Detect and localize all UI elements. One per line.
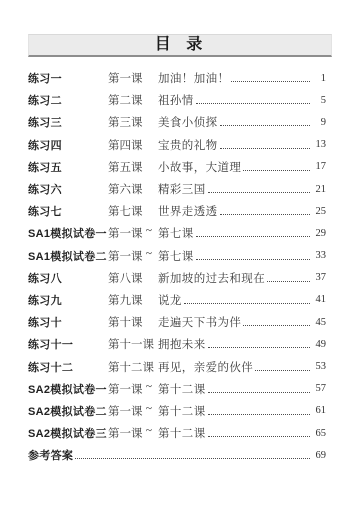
toc-row-label: 练习十一 <box>28 336 108 352</box>
toc-row-lesson-col: 第三课 <box>108 114 158 130</box>
toc-row-lesson-col: 第五课 <box>108 159 158 175</box>
toc-row: 练习三 第三课 美食小侦探 9 <box>28 111 326 133</box>
toc-row-page: 25 <box>313 206 326 217</box>
dot-leader <box>184 296 310 304</box>
toc-row-label: 练习二 <box>28 92 108 108</box>
toc-row-title: 再见，亲爱的伙伴 <box>158 359 253 375</box>
toc-row-label: 练习五 <box>28 159 108 175</box>
toc-row-page: 1 <box>313 73 326 84</box>
toc-row-label: 练习十二 <box>28 359 108 375</box>
dot-leader <box>231 74 310 82</box>
dot-leader <box>220 118 311 126</box>
toc-row-lesson: 第一课 <box>108 248 143 264</box>
toc-row-title: 精彩三国 <box>158 181 206 197</box>
range-tilde: ~ <box>146 425 152 441</box>
toc-row-lesson-col: 第十二课 <box>108 359 158 375</box>
toc-row: 练习一 第一课 加油！加油！ 1 <box>28 67 326 89</box>
toc-row-title: 第十二课 <box>158 425 206 441</box>
toc-row-title: 第十二课 <box>158 403 206 419</box>
toc-row-label: 参考答案 <box>28 447 73 463</box>
toc-row-lesson-col: 第十课 <box>108 314 158 330</box>
toc-row-page: 5 <box>313 95 326 106</box>
toc-row-page: 45 <box>313 317 326 328</box>
toc-row-lesson-col: 第一课~ <box>108 403 158 419</box>
toc-row-label: SA2模拟试卷二 <box>28 403 108 419</box>
toc-row-page: 53 <box>313 361 326 372</box>
dot-leader <box>267 274 310 282</box>
toc-row-label: SA1模拟试卷二 <box>28 248 108 264</box>
toc-row-page: 37 <box>313 272 326 283</box>
toc-row-label: 练习八 <box>28 270 108 286</box>
toc-row-lesson: 第八课 <box>108 270 143 286</box>
toc-row-label: 练习四 <box>28 137 108 153</box>
toc-row: 练习九 第九课 说龙 41 <box>28 289 326 311</box>
toc-row-title: 说龙 <box>158 292 182 308</box>
toc-row: SA2模拟试卷三 第一课~ 第十二课 65 <box>28 422 326 444</box>
toc-row-page: 65 <box>313 428 326 439</box>
toc-row-page: 49 <box>313 339 326 350</box>
toc-row-label: 练习十 <box>28 314 108 330</box>
range-tilde: ~ <box>146 225 152 241</box>
toc-row-lesson-col: 第一课 <box>108 70 158 86</box>
toc-row-page: 69 <box>313 450 326 461</box>
toc-row-lesson: 第二课 <box>108 92 143 108</box>
toc-row-label: 练习七 <box>28 203 108 219</box>
dot-leader <box>75 451 310 459</box>
toc-row-title: 第十二课 <box>158 381 206 397</box>
dot-leader <box>208 385 310 393</box>
toc-row: 练习五 第五课 小故事，大道理 17 <box>28 156 326 178</box>
toc-row: SA2模拟试卷一 第一课~ 第十二课 57 <box>28 378 326 400</box>
toc-row: 练习七 第七课 世界走透透 25 <box>28 200 326 222</box>
toc-row-lesson: 第一课 <box>108 425 143 441</box>
dot-leader <box>208 185 310 193</box>
toc-row: 练习六 第六课 精彩三国 21 <box>28 178 326 200</box>
toc-row-page: 13 <box>313 139 326 150</box>
toc-row-title: 第七课 <box>158 248 194 264</box>
toc-row: 参考答案 69 <box>28 444 326 466</box>
dot-leader <box>208 407 310 415</box>
toc-row-lesson: 第十二课 <box>108 359 154 375</box>
toc-row-label: 练习三 <box>28 114 108 130</box>
toc-row-title: 拥抱未来 <box>158 336 206 352</box>
toc-row-lesson: 第一课 <box>108 225 143 241</box>
toc-row-page: 17 <box>313 161 326 172</box>
toc-row-lesson-col: 第一课~ <box>108 225 158 241</box>
toc-row-label: SA2模拟试卷三 <box>28 425 108 441</box>
dot-leader <box>208 429 310 437</box>
toc-row-lesson: 第十课 <box>108 314 143 330</box>
dot-leader <box>196 252 310 260</box>
toc-row-lesson-col: 第六课 <box>108 181 158 197</box>
range-tilde: ~ <box>146 248 152 264</box>
toc-title-bar: 目 录 <box>28 34 332 57</box>
toc-row-title: 第七课 <box>158 225 194 241</box>
toc-list: 练习一 第一课 加油！加油！ 1 练习二 第二课 祖孙情 5 练习三 第三课 美… <box>28 67 326 466</box>
dot-leader <box>208 340 310 348</box>
toc-row-label: SA1模拟试卷一 <box>28 225 108 241</box>
dot-leader <box>220 141 311 149</box>
dot-leader <box>220 207 311 215</box>
range-tilde: ~ <box>146 403 152 419</box>
toc-row: 练习十一 第十一课 拥抱未来 49 <box>28 333 326 355</box>
toc-row: 练习二 第二课 祖孙情 5 <box>28 89 326 111</box>
toc-row-title: 新加坡的过去和现在 <box>158 270 265 286</box>
toc-row-title: 美食小侦探 <box>158 114 218 130</box>
toc-row-label: 练习六 <box>28 181 108 197</box>
toc-row-lesson: 第十一课 <box>108 336 154 352</box>
toc-row: 练习十二 第十二课 再见，亲爱的伙伴 53 <box>28 355 326 377</box>
toc-row-lesson: 第四课 <box>108 137 143 153</box>
toc-row: SA1模拟试卷二 第一课~ 第七课 33 <box>28 245 326 267</box>
toc-row-title: 宝贵的礼物 <box>158 137 218 153</box>
toc-row-lesson-col: 第一课~ <box>108 381 158 397</box>
toc-row-lesson-col: 第二课 <box>108 92 158 108</box>
toc-row-lesson-col: 第八课 <box>108 270 158 286</box>
toc-row-page: 21 <box>313 184 326 195</box>
toc-row-label: SA2模拟试卷一 <box>28 381 108 397</box>
toc-row-lesson-col: 第七课 <box>108 203 158 219</box>
toc-row-title: 世界走透透 <box>158 203 218 219</box>
toc-row-lesson-col: 第四课 <box>108 137 158 153</box>
toc-row-lesson-col: 第十一课 <box>108 336 158 352</box>
toc-row: 练习十 第十课 走遍天下书为伴 45 <box>28 311 326 333</box>
toc-row-lesson: 第七课 <box>108 203 143 219</box>
dot-leader <box>243 163 310 171</box>
dot-leader <box>196 229 310 237</box>
toc-row-lesson: 第五课 <box>108 159 143 175</box>
toc-row-page: 57 <box>313 383 326 394</box>
toc-row-title: 加油！加油！ <box>158 70 229 86</box>
toc-row-label: 练习九 <box>28 292 108 308</box>
toc-row-title: 小故事，大道理 <box>158 159 241 175</box>
dot-leader <box>255 363 310 371</box>
toc-row: SA2模拟试卷二 第一课~ 第十二课 61 <box>28 400 326 422</box>
toc-row-page: 41 <box>313 294 326 305</box>
dot-leader <box>243 318 310 326</box>
range-tilde: ~ <box>146 381 152 397</box>
toc-row-lesson-col: 第一课~ <box>108 425 158 441</box>
toc-row-lesson-col: 第九课 <box>108 292 158 308</box>
toc-row-page: 33 <box>313 250 326 261</box>
toc-row: SA1模拟试卷一 第一课~ 第七课 29 <box>28 222 326 244</box>
toc-row-lesson: 第一课 <box>108 70 143 86</box>
toc-row-label: 练习一 <box>28 70 108 86</box>
toc-row-lesson-col: 第一课~ <box>108 248 158 264</box>
toc-row-page: 9 <box>313 117 326 128</box>
toc-row-page: 29 <box>313 228 326 239</box>
toc-row-lesson: 第一课 <box>108 381 143 397</box>
toc-row-lesson: 第一课 <box>108 403 143 419</box>
toc-row-page: 61 <box>313 405 326 416</box>
toc-row-lesson: 第六课 <box>108 181 143 197</box>
toc-row: 练习四 第四课 宝贵的礼物 13 <box>28 134 326 156</box>
toc-row-lesson: 第三课 <box>108 114 143 130</box>
toc-row: 练习八 第八课 新加坡的过去和现在 37 <box>28 267 326 289</box>
page-title: 目 录 <box>155 37 205 53</box>
toc-row-title: 走遍天下书为伴 <box>158 314 241 330</box>
toc-row-title: 祖孙情 <box>158 92 194 108</box>
dot-leader <box>196 96 310 104</box>
toc-row-lesson: 第九课 <box>108 292 143 308</box>
